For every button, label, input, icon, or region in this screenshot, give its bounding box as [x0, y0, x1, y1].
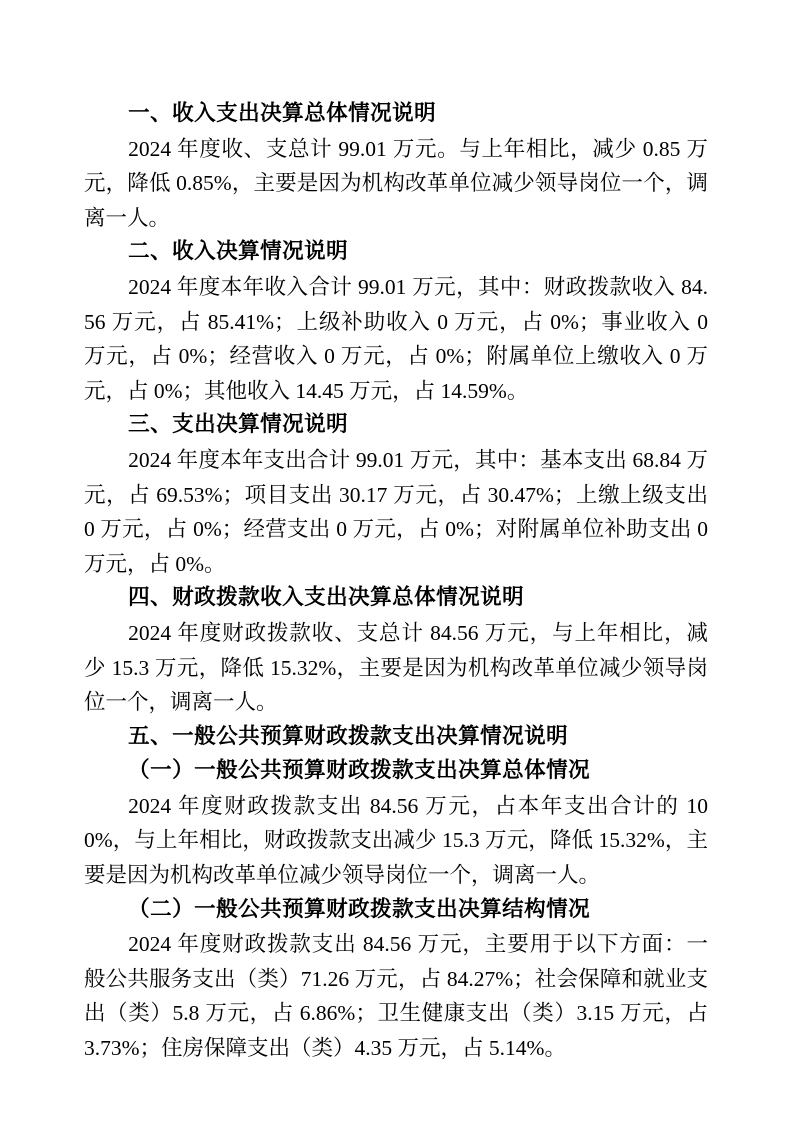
section-4-heading: 四、财政拨款收入支出决算总体情况说明	[84, 581, 708, 616]
subsection-5-2-heading: （二）一般公共预算财政拨款支出决算结构情况	[84, 893, 708, 928]
section-5-heading: 五、一般公共预算财政拨款支出决算情况说明	[84, 720, 708, 755]
section-3-paragraph: 2024 年度本年支出合计 99.01 万元，其中：基本支出 68.84 万元，…	[84, 443, 708, 581]
section-3-heading: 三、支出决算情况说明	[84, 408, 708, 443]
section-expenditure-details: 三、支出决算情况说明 2024 年度本年支出合计 99.01 万元，其中：基本支…	[84, 408, 708, 581]
section-1-heading: 一、收入支出决算总体情况说明	[84, 97, 708, 132]
section-1-paragraph: 2024 年度收、支总计 99.01 万元。与上年相比，减少 0.85 万元，降…	[84, 132, 708, 236]
subsection-5-1-paragraph: 2024 年度财政拨款支出 84.56 万元，占本年支出合计的 100%，与上年…	[84, 789, 708, 893]
subsection-5-2: （二）一般公共预算财政拨款支出决算结构情况 2024 年度财政拨款支出 84.5…	[84, 893, 708, 1066]
subsection-5-1: （一）一般公共预算财政拨款支出决算总体情况 2024 年度财政拨款支出 84.5…	[84, 754, 708, 892]
document-page: 一、收入支出决算总体情况说明 2024 年度收、支总计 99.01 万元。与上年…	[0, 0, 793, 1122]
section-2-heading: 二、收入决算情况说明	[84, 235, 708, 270]
section-2-paragraph: 2024 年度本年收入合计 99.01 万元，其中：财政拨款收入 84.56 万…	[84, 270, 708, 408]
subsection-5-2-paragraph: 2024 年度财政拨款支出 84.56 万元，主要用于以下方面：一般公共服务支出…	[84, 927, 708, 1065]
section-income-expenditure-overall: 一、收入支出决算总体情况说明 2024 年度收、支总计 99.01 万元。与上年…	[84, 97, 708, 235]
section-income-details: 二、收入决算情况说明 2024 年度本年收入合计 99.01 万元，其中：财政拨…	[84, 235, 708, 408]
section-4-paragraph: 2024 年度财政拨款收、支总计 84.56 万元，与上年相比，减少 15.3 …	[84, 616, 708, 720]
section-public-budget-expenditure: 五、一般公共预算财政拨款支出决算情况说明 （一）一般公共预算财政拨款支出决算总体…	[84, 720, 708, 1066]
section-fiscal-appropriation-overall: 四、财政拨款收入支出决算总体情况说明 2024 年度财政拨款收、支总计 84.5…	[84, 581, 708, 719]
subsection-5-1-heading: （一）一般公共预算财政拨款支出决算总体情况	[84, 754, 708, 789]
